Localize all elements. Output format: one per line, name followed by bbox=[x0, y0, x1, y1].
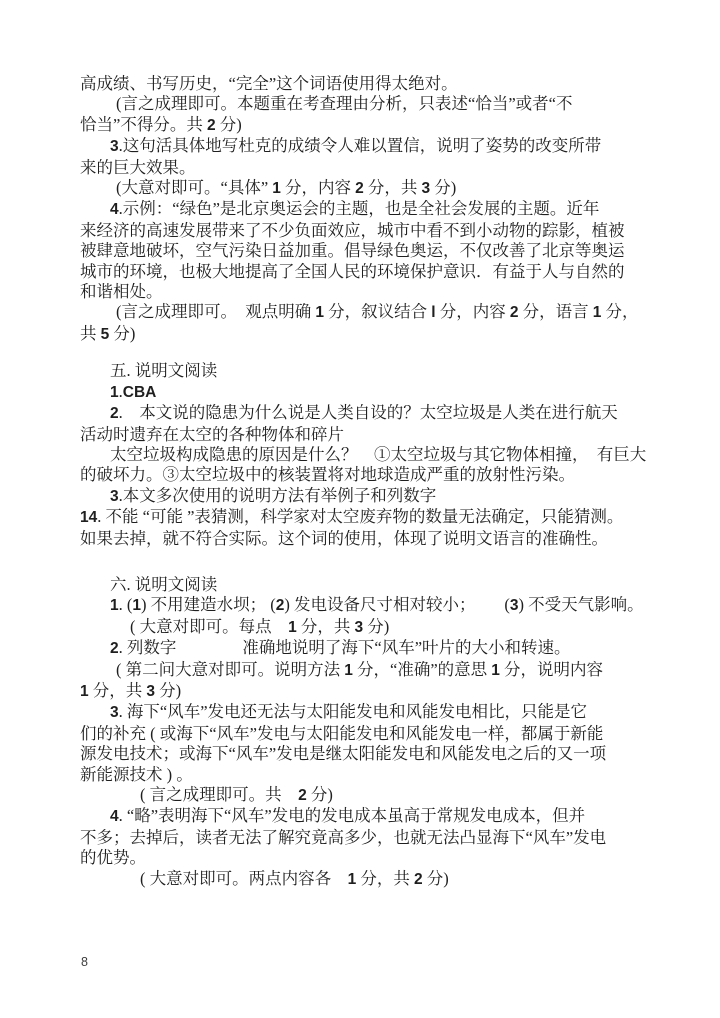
text-line: 1. (1) 不用建造水坝； (2) 发电设备尺寸相对较小； (3) 不受天气影… bbox=[80, 595, 700, 616]
text-line: 太空垃圾构成隐患的原因是什么？ ①太空垃圾与其它物体相撞， 有巨大 bbox=[80, 445, 700, 465]
text-line: (言之成理即可。本题重在考查理由分析，只表述“恰当”或者“不 bbox=[80, 94, 700, 114]
text-line: 1.CBA bbox=[80, 382, 700, 403]
text-line: 源发电技术；或海下“风车”发电是继太阳能发电和风能发电之后的又一项 bbox=[80, 744, 700, 764]
text-line: (大意对即可。“具体” 1 分，内容 2 分，共 3 分) bbox=[80, 178, 700, 199]
text-line: 3.本文多次使用的说明方法有举例子和列数字 bbox=[80, 486, 700, 507]
text-line: 恰当”不得分。共 2 分) bbox=[80, 115, 700, 136]
text-line: 如果去掉，就不符合实际。这个词的使用，体现了说明文语言的准确性。 bbox=[80, 529, 700, 549]
text-line: 高成绩、书写历史，“完全”这个词语使用得太绝对。 bbox=[80, 74, 700, 94]
text-line: 2. 本文说的隐患为什么说是人类自设的？太空垃圾是人类在进行航天 bbox=[80, 403, 700, 424]
text-line: 4. “略”表明海下“风车”发电的发电成本虽高于常规发电成本，但并 bbox=[80, 806, 700, 827]
section-5-expository-reading: 五. 说明文阅读1.CBA2. 本文说的隐患为什么说是人类自设的？太空垃圾是人类… bbox=[80, 361, 700, 549]
text-line: 3. 海下“风车”发电还无法与太阳能发电和风能发电相比，只能是它 bbox=[80, 702, 700, 723]
text-line: 和谐相处。 bbox=[80, 282, 700, 302]
text-line: ( 大意对即可。每点 1 分，共 3 分) bbox=[80, 617, 700, 638]
text-line: 城市的环境，也极大地提高了全国人民的环境保护意识．有益于人与自然的 bbox=[80, 262, 700, 282]
text-line: 的破坏力。③太空垃圾中的核装置将对地球造成严重的放射性污染。 bbox=[80, 465, 700, 485]
text-line: 被肆意地破坏，空气污染日益加重。倡导绿色奥运，不仅改善了北京等奥运 bbox=[80, 241, 700, 261]
text-line: 来的巨大效果。 bbox=[80, 158, 700, 178]
text-line: 六. 说明文阅读 bbox=[80, 575, 700, 595]
text-line: ( 第二问大意对即可。说明方法 1 分，“准确”的意思 1 分，说明内容 bbox=[80, 660, 700, 681]
document-page: 高成绩、书写历史，“完全”这个词语使用得太绝对。(言之成理即可。本题重在考查理由… bbox=[0, 0, 720, 1018]
text-line: 2. 列数字 准确地说明了海下“风车”叶片的大小和转速。 bbox=[80, 638, 700, 659]
text-line: 3.这句活具体地写杜克的成绩令人难以置信，说明了姿势的改变所带 bbox=[80, 136, 700, 157]
text-line: 14. 不能 “可能 ”表猜测，科学家对太空废弃物的数量无法确定，只能猜测。 bbox=[80, 507, 700, 528]
text-line: 不多；去掉后，读者无法了解究竟高多少，也就无法凸显海下“风车”发电 bbox=[80, 828, 700, 848]
text-line: 活动时遗弃在太空的各种物体和碎片 bbox=[80, 425, 700, 445]
text-line: (言之成理即可。 观点明确 1 分，叙议结合 l 分，内容 2 分，语言 1 分… bbox=[80, 302, 700, 323]
text-line: 1 分，共 3 分) bbox=[80, 681, 700, 702]
text-line: 五. 说明文阅读 bbox=[80, 361, 700, 381]
page-number: 8 bbox=[81, 955, 88, 969]
section-4-answers-tail: 高成绩、书写历史，“完全”这个词语使用得太绝对。(言之成理即可。本题重在考查理由… bbox=[80, 74, 700, 345]
document-content: 高成绩、书写历史，“完全”这个词语使用得太绝对。(言之成理即可。本题重在考查理由… bbox=[80, 74, 700, 890]
text-line: 的优势。 bbox=[80, 848, 700, 868]
text-line: 新能源技术 ) 。 bbox=[80, 765, 700, 785]
text-line: 们的补充 ( 或海下“风车”发电与太阳能发电和风能发电一样，都属于新能 bbox=[80, 724, 700, 744]
text-line: ( 言之成理即可。共 2 分) bbox=[80, 785, 700, 806]
text-line: 4.示例：“绿色”是北京奥运会的主题，也是全社会发展的主题。近年 bbox=[80, 199, 700, 220]
text-line: 来经济的高速发展带来了不少负面效应，城市中看不到小动物的踪影，植被 bbox=[80, 221, 700, 241]
text-line: ( 大意对即可。两点内容各 1 分，共 2 分) bbox=[80, 869, 700, 890]
text-line: 共 5 分) bbox=[80, 324, 700, 345]
section-6-expository-reading: 六. 说明文阅读1. (1) 不用建造水坝； (2) 发电设备尺寸相对较小； (… bbox=[80, 575, 700, 890]
